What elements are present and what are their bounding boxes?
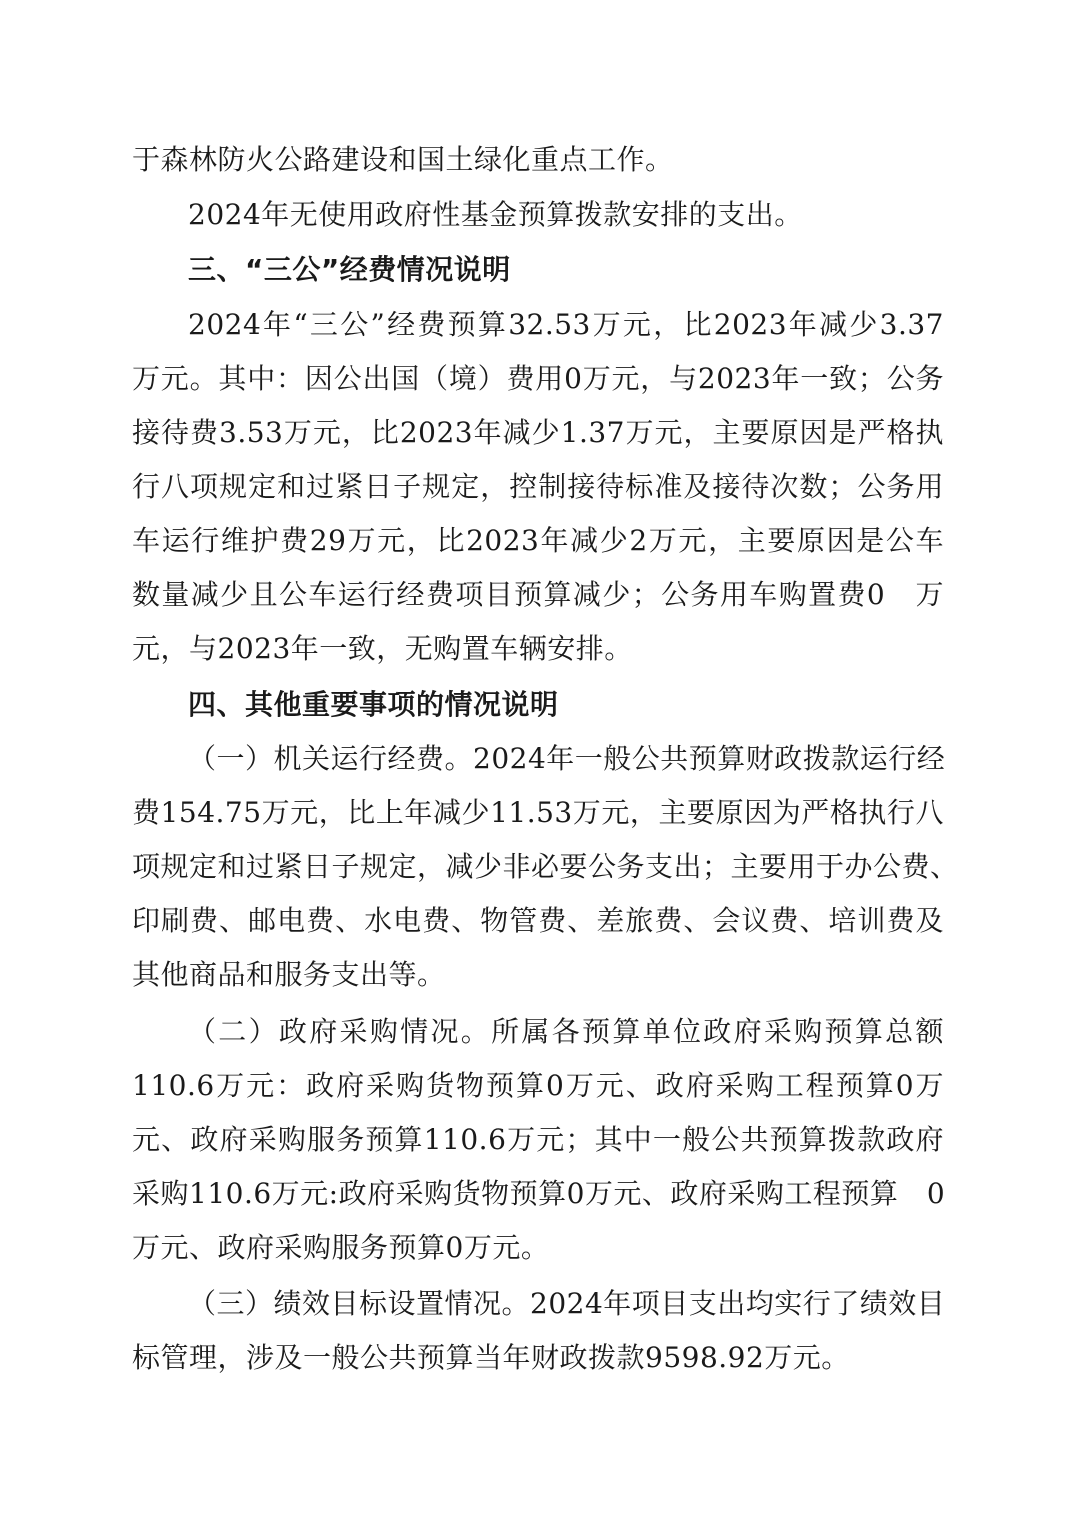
text-line: （二）政府采购情况。所属各预算单位政府采购预算总额 [188, 1012, 944, 1052]
text-line: 印刷费、邮电费、水电费、物管费、差旅费、会议费、培训费及 [132, 901, 944, 941]
text-line: 车运行维护费29万元，比2023年减少2万元，主要原因是公车 [132, 521, 944, 561]
text-line: 行八项规定和过紧日子规定，控制接待标准及接待次数；公务用 [132, 467, 944, 507]
text-line: 费154.75万元，比上年减少11.53万元，主要原因为严格执行八 [132, 793, 944, 833]
section-heading-other-matters: 四、其他重要事项的情况说明 [188, 685, 944, 725]
text-line: （三）绩效目标设置情况。2024年项目支出均实行了绩效目 [188, 1284, 944, 1324]
text-line: 元，与2023年一致，无购置车辆安排。 [132, 629, 944, 669]
text-line: 2024年无使用政府性基金预算拨款安排的支出。 [188, 195, 944, 235]
text-line: 标管理，涉及一般公共预算当年财政拨款9598.92万元。 [132, 1338, 944, 1378]
section-heading-three-public: 三、“三公”经费情况说明 [188, 250, 944, 290]
text-line: 数量减少且公车运行经费项目预算减少；公务用车购置费0 万 [132, 575, 944, 615]
text-line: 接待费3.53万元，比2023年减少1.37万元，主要原因是严格执 [132, 413, 944, 453]
text-line: 万元、政府采购服务预算0万元。 [132, 1228, 944, 1268]
text-line: 项规定和过紧日子规定，减少非必要公务支出；主要用于办公费、 [132, 847, 944, 887]
text-line: 万元。其中：因公出国（境）费用0万元，与2023年一致；公务 [132, 359, 944, 399]
document-page: 于森林防火公路建设和国土绿化重点工作。 2024年无使用政府性基金预算拨款安排的… [0, 0, 1074, 1520]
text-line: 于森林防火公路建设和国土绿化重点工作。 [132, 140, 944, 180]
text-line: 110.6万元：政府采购货物预算0万元、政府采购工程预算0万 [132, 1066, 944, 1106]
text-line: 其他商品和服务支出等。 [132, 955, 944, 995]
text-line: 元、政府采购服务预算110.6万元；其中一般公共预算拨款政府 [132, 1120, 944, 1160]
text-line: 2024年“三公”经费预算32.53万元，比2023年减少3.37 [188, 305, 944, 345]
text-line: （一）机关运行经费。2024年一般公共预算财政拨款运行经 [188, 739, 944, 779]
text-line: 采购110.6万元:政府采购货物预算0万元、政府采购工程预算 0 [132, 1174, 944, 1214]
